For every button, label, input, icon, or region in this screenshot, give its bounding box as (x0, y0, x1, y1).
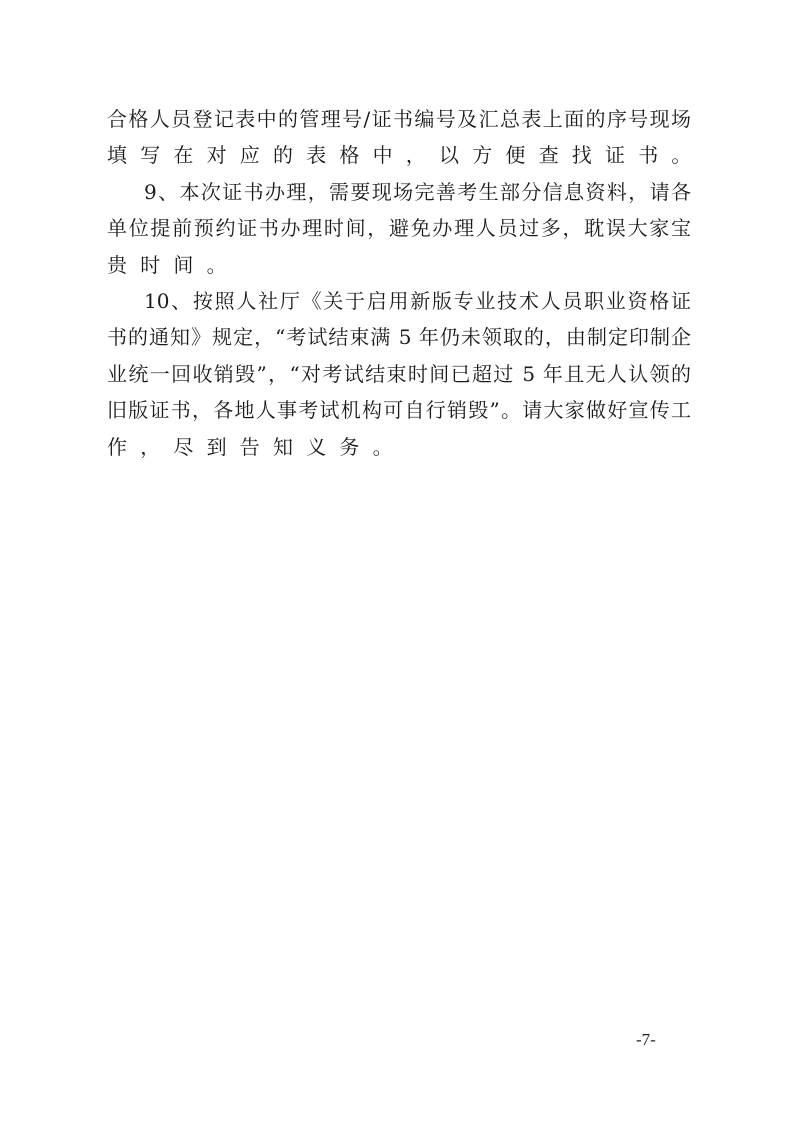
paragraph-item-9: 9、本次证书办理，需要现场完善考生部分信息资料，请各 单位提前预约证书办理时间，… (107, 174, 691, 283)
text-line: 合格人员登记表中的管理号/证书编号及汇总表上面的序号现场 (107, 101, 691, 137)
text-line: 旧版证书，各地人事考试机构可自行销毁”。请大家做好宣传工 (107, 392, 691, 428)
paragraph-continuation: 合格人员登记表中的管理号/证书编号及汇总表上面的序号现场 填写在对应的表格中，以… (107, 101, 691, 174)
body-text: 合格人员登记表中的管理号/证书编号及汇总表上面的序号现场 填写在对应的表格中，以… (107, 101, 691, 465)
text-line: 书的通知》规定，“考试结束满 5 年仍未领取的，由制定印制企 (107, 319, 691, 355)
text-line: 单位提前预约证书办理时间，避免办理人员过多，耽误大家宝 (107, 210, 691, 246)
text-line: 填写在对应的表格中，以方便查找证书。 (107, 137, 691, 173)
text-line: 9、本次证书办理，需要现场完善考生部分信息资料，请各 (107, 174, 691, 210)
paragraph-item-10: 10、按照人社厅《关于启用新版专业技术人员职业资格证 书的通知》规定，“考试结束… (107, 283, 691, 465)
document-page: 合格人员登记表中的管理号/证书编号及汇总表上面的序号现场 填写在对应的表格中，以… (0, 0, 793, 1122)
text-line: 10、按照人社厅《关于启用新版专业技术人员职业资格证 (107, 283, 691, 319)
text-line: 业统一回收销毁”，“对考试结束时间已超过 5 年且无人认领的 (107, 356, 691, 392)
text-line: 作，尽到告知义务。 (107, 429, 691, 465)
page-number: -7- (636, 1030, 656, 1050)
text-line: 贵时间。 (107, 247, 691, 283)
